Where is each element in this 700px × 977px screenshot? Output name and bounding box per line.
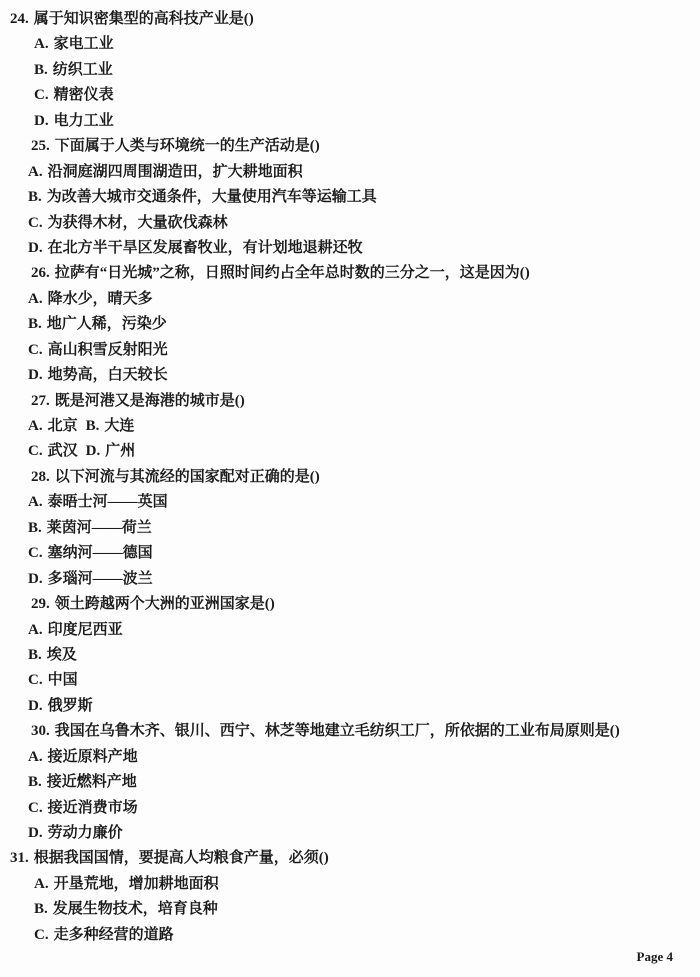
- question-26: 26.拉萨有“日光城”之称，日照时间约占全年总时数的三分之一，这是因为(): [0, 261, 700, 286]
- option-label: A.: [28, 418, 43, 434]
- question-text: 根据我国国情，要提高人均粮食产量，必须(): [34, 850, 329, 866]
- question-25-option-d: D.在北方半干旱区发展畜牧业，有计划地退耕还牧: [0, 236, 700, 261]
- question-24-option-b: B.纺织工业: [0, 58, 700, 83]
- question-31-option-c: C.走多种经营的道路: [0, 923, 700, 948]
- question-29-option-c: C.中国: [0, 668, 700, 693]
- question-28-option-d: D.多瑙河——波兰: [0, 567, 700, 592]
- option-text: 莱茵河——荷兰: [47, 520, 152, 536]
- question-28-option-a: A.泰晤士河——英国: [0, 490, 700, 515]
- option-text: 北京: [48, 418, 78, 434]
- option-text: 接近消费市场: [48, 800, 138, 816]
- option-text: 高山积雪反射阳光: [48, 342, 168, 358]
- option-text: 家电工业: [54, 36, 114, 52]
- option-text: 地势高，白天较长: [48, 367, 168, 383]
- document-page: 24.属于知识密集型的高科技产业是() A.家电工业 B.纺织工业 C.精密仪表…: [0, 0, 700, 977]
- option-text: 多瑙河——波兰: [48, 571, 153, 587]
- question-29: 29.领土跨越两个大洲的亚洲国家是(): [0, 592, 700, 617]
- exam-question-list: 24.属于知识密集型的高科技产业是() A.家电工业 B.纺织工业 C.精密仪表…: [0, 0, 700, 948]
- question-27-options-ab: A.北京B.大连: [0, 414, 700, 439]
- option-label: C.: [28, 545, 43, 561]
- option-label: B.: [86, 418, 100, 434]
- option-label: D.: [28, 240, 43, 256]
- option-label: D.: [28, 571, 43, 587]
- question-text: 下面属于人类与环境统一的生产活动是(): [55, 138, 320, 154]
- question-31-option-a: A.开垦荒地，增加耕地面积: [0, 872, 700, 897]
- option-label: A.: [34, 876, 49, 892]
- option-label: D.: [28, 825, 43, 841]
- question-31: 31.根据我国国情，要提高人均粮食产量，必须(): [0, 846, 700, 871]
- option-text: 纺织工业: [53, 62, 113, 78]
- option-label: B.: [28, 316, 42, 332]
- question-24-option-c: C.精密仪表: [0, 83, 700, 108]
- question-27: 27.既是河港又是海港的城市是(): [0, 389, 700, 414]
- question-25-option-c: C.为获得木材，大量砍伐森林: [0, 211, 700, 236]
- option-label: A.: [28, 494, 43, 510]
- question-26-option-c: C.高山积雪反射阳光: [0, 338, 700, 363]
- option-text: 为改善大城市交通条件，大量使用汽车等运输工具: [47, 189, 377, 205]
- question-28: 28.以下河流与其流经的国家配对正确的是(): [0, 465, 700, 490]
- question-text: 既是河港又是海港的城市是(): [55, 393, 245, 409]
- option-text: 发展生物技术，培育良种: [53, 901, 218, 917]
- option-text: 精密仪表: [54, 87, 114, 103]
- option-label: C.: [28, 443, 43, 459]
- option-label: D.: [86, 443, 101, 459]
- option-text: 降水少，晴天多: [48, 291, 153, 307]
- option-label: C.: [28, 215, 43, 231]
- option-label: B.: [28, 647, 42, 663]
- question-number: 25.: [31, 138, 50, 154]
- option-label: D.: [28, 367, 43, 383]
- option-label: C.: [28, 342, 43, 358]
- question-text: 属于知识密集型的高科技产业是(): [34, 11, 254, 27]
- question-30-option-c: C.接近消费市场: [0, 796, 700, 821]
- option-text: 印度尼西亚: [48, 622, 123, 638]
- question-number: 28.: [31, 469, 50, 485]
- option-text: 埃及: [47, 647, 77, 663]
- option-text: 地广人稀，污染少: [47, 316, 167, 332]
- option-label: A.: [28, 622, 43, 638]
- question-27-options-cd: C.武汉D.广州: [0, 439, 700, 464]
- option-text: 泰晤士河——英国: [48, 494, 168, 510]
- question-number: 27.: [31, 393, 50, 409]
- option-text: 塞纳河——德国: [48, 545, 153, 561]
- option-label: A.: [28, 291, 43, 307]
- option-label: C.: [34, 927, 49, 943]
- option-label: A.: [28, 164, 43, 180]
- option-text: 开垦荒地，增加耕地面积: [54, 876, 219, 892]
- option-text: 大连: [104, 418, 134, 434]
- question-number: 31.: [10, 850, 29, 866]
- question-25: 25.下面属于人类与环境统一的生产活动是(): [0, 134, 700, 159]
- option-label: B.: [28, 189, 42, 205]
- option-label: B.: [34, 62, 48, 78]
- question-text: 领土跨越两个大洲的亚洲国家是(): [55, 596, 275, 612]
- option-text: 武汉: [48, 443, 78, 459]
- question-number: 26.: [31, 265, 50, 281]
- question-26-option-b: B.地广人稀，污染少: [0, 312, 700, 337]
- question-28-option-b: B.莱茵河——荷兰: [0, 516, 700, 541]
- option-label: D.: [28, 698, 43, 714]
- option-text: 中国: [48, 672, 78, 688]
- option-text: 走多种经营的道路: [54, 927, 174, 943]
- option-label: C.: [34, 87, 49, 103]
- question-text: 我国在乌鲁木齐、银川、西宁、林芝等地建立毛纺织工厂，所依据的工业布局原则是(): [55, 723, 620, 739]
- question-24: 24.属于知识密集型的高科技产业是(): [0, 7, 700, 32]
- option-text: 沿洞庭湖四周围湖造田，扩大耕地面积: [48, 164, 303, 180]
- option-text: 电力工业: [54, 113, 114, 129]
- question-30: 30.我国在乌鲁木齐、银川、西宁、林芝等地建立毛纺织工厂，所依据的工业布局原则是…: [0, 719, 700, 744]
- option-label: A.: [34, 36, 49, 52]
- question-text: 以下河流与其流经的国家配对正确的是(): [55, 469, 320, 485]
- option-label: B.: [28, 774, 42, 790]
- question-number: 24.: [10, 11, 29, 27]
- question-30-option-d: D.劳动力廉价: [0, 821, 700, 846]
- option-label: B.: [34, 901, 48, 917]
- option-text: 俄罗斯: [48, 698, 93, 714]
- question-26-option-a: A.降水少，晴天多: [0, 287, 700, 312]
- option-label: C.: [28, 800, 43, 816]
- option-text: 劳动力廉价: [48, 825, 123, 841]
- question-24-option-d: D.电力工业: [0, 109, 700, 134]
- question-30-option-b: B.接近燃料产地: [0, 770, 700, 795]
- question-24-option-a: A.家电工业: [0, 32, 700, 57]
- option-text: 接近燃料产地: [47, 774, 137, 790]
- question-29-option-b: B.埃及: [0, 643, 700, 668]
- question-29-option-d: D.俄罗斯: [0, 694, 700, 719]
- option-label: A.: [28, 749, 43, 765]
- option-label: D.: [34, 113, 49, 129]
- option-text: 在北方半干旱区发展畜牧业，有计划地退耕还牧: [48, 240, 363, 256]
- question-28-option-c: C.塞纳河——德国: [0, 541, 700, 566]
- option-text: 广州: [105, 443, 135, 459]
- question-text: 拉萨有“日光城”之称，日照时间约占全年总时数的三分之一，这是因为(): [55, 265, 530, 281]
- question-number: 29.: [31, 596, 50, 612]
- option-text: 接近原料产地: [48, 749, 138, 765]
- page-footer: Page 4: [637, 949, 673, 965]
- question-31-option-b: B.发展生物技术，培育良种: [0, 897, 700, 922]
- question-number: 30.: [31, 723, 50, 739]
- question-26-option-d: D.地势高，白天较长: [0, 363, 700, 388]
- question-25-option-b: B.为改善大城市交通条件，大量使用汽车等运输工具: [0, 185, 700, 210]
- question-25-option-a: A.沿洞庭湖四周围湖造田，扩大耕地面积: [0, 160, 700, 185]
- option-label: C.: [28, 672, 43, 688]
- option-label: B.: [28, 520, 42, 536]
- question-30-option-a: A.接近原料产地: [0, 745, 700, 770]
- option-text: 为获得木材，大量砍伐森林: [48, 215, 228, 231]
- question-29-option-a: A.印度尼西亚: [0, 618, 700, 643]
